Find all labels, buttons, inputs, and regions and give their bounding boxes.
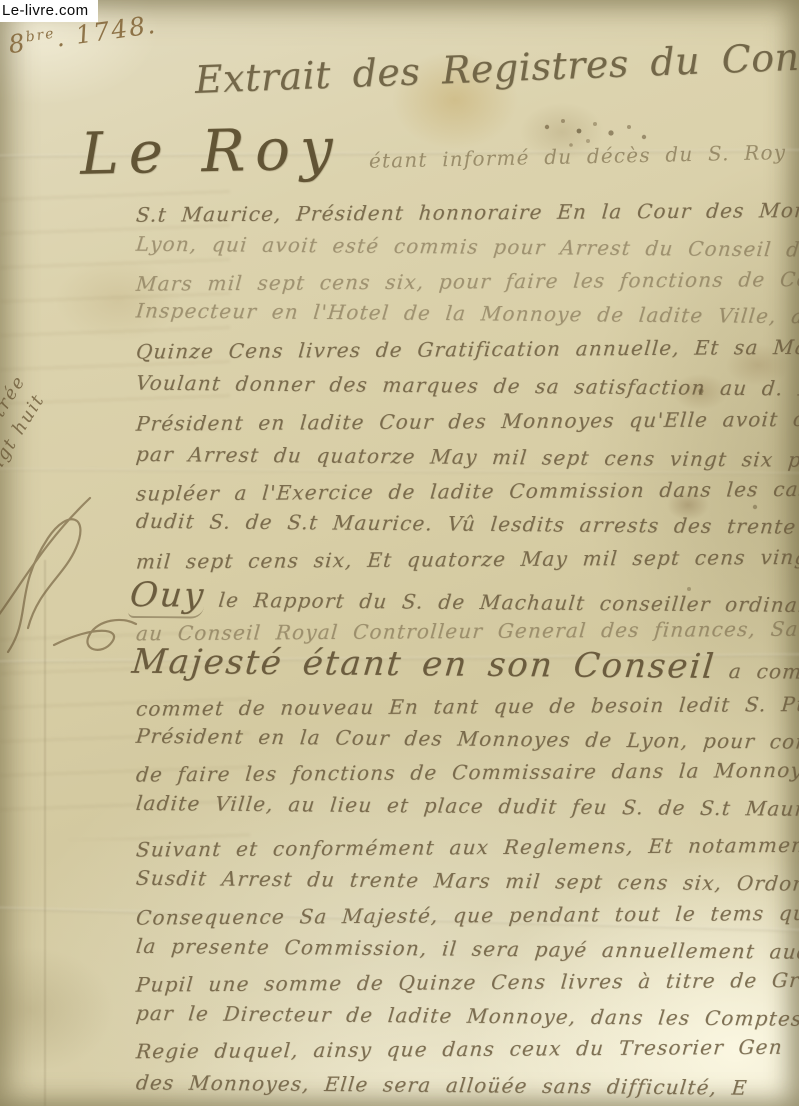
manuscript-line: Suivant et conformément aux Reglemens, E…	[135, 832, 799, 861]
manuscript-line: Inspecteur en l'Hotel de la Monnoye de l…	[135, 298, 799, 329]
manuscript-line: par Arrest du quatorze May mil sept cens…	[135, 442, 799, 472]
manuscript-line-text: Président en ladite Cour des Monnoyes qu…	[135, 406, 799, 435]
manuscript-line-text: Voulant donner des marques de sa satisfa…	[135, 371, 799, 402]
manuscript-line: Mars mil sept cens six, pour faire les f…	[135, 266, 799, 295]
manuscript-line: Regie duquel, ainsy que dans ceux du Tre…	[135, 1035, 784, 1064]
manuscript-line: commet de nouveau En tant que de besoin …	[135, 691, 799, 720]
manuscript-page: Le-livre.com 8bre. 1748. Extrait des Reg…	[0, 0, 799, 1106]
manuscript-line-text: ladite Ville, au lieu et place dudit feu…	[135, 791, 799, 821]
manuscript-line: ladite Ville, au lieu et place dudit feu…	[135, 791, 799, 821]
manuscript-line: Ouyle Rapport du S. de Machault conseill…	[128, 575, 799, 621]
manuscript-line-text: Inspecteur en l'Hotel de la Monnoye de l…	[135, 298, 799, 329]
manuscript-line: S.t Maurice, Président honnoraire En la …	[135, 197, 799, 226]
manuscript-line: Consequence Sa Majesté, que pendant tout…	[135, 900, 799, 929]
manuscript-line-text: par le Directeur de ladite Monnoye, dans…	[135, 1001, 799, 1031]
manuscript-line: Majesté étant en son Conseila commis et	[130, 642, 799, 688]
manuscript-line-text: supléer a l'Exercice de ladite Commissio…	[135, 476, 799, 505]
manuscript-line-text: Pupil une somme de Quinze Cens livres à …	[135, 967, 799, 996]
manuscript-line-text: Susdit Arrest du trente Mars mil sept ce…	[135, 866, 799, 896]
manuscript-line: au Conseil Royal Controlleur General des…	[135, 617, 799, 646]
manuscript-line-text: S.t Maurice, Président honnoraire En la …	[135, 197, 799, 226]
manuscript-line: Lyon, qui avoit esté commis pour Arrest …	[135, 232, 799, 263]
manuscript-line-text: a commis et	[728, 659, 799, 684]
manuscript-line: Président en ladite Cour des Monnoyes qu…	[135, 406, 799, 435]
manuscript-body: S.t Maurice, Président honnoraire En la …	[0, 0, 799, 1106]
manuscript-line-text: Président en la Cour des Monnoyes de Lyo…	[135, 724, 799, 754]
manuscript-line-text: de faire les fonctions de Commissaire da…	[135, 757, 799, 786]
manuscript-line-text: Quinze Cens livres de Gratification annu…	[135, 334, 799, 363]
manuscript-line: par le Directeur de ladite Monnoye, dans…	[135, 1001, 799, 1031]
manuscript-line-text: par Arrest du quatorze May mil sept cens…	[135, 442, 799, 472]
manuscript-line-text: au Conseil Royal Controlleur General des…	[135, 617, 799, 646]
manuscript-line: dudit S. de S.t Maurice. Vû lesdits arre…	[135, 509, 799, 539]
manuscript-line-text: dudit S. de S.t Maurice. Vû lesdits arre…	[135, 509, 799, 539]
manuscript-line: la presente Commission, il sera payé ann…	[135, 934, 799, 964]
manuscript-line: Susdit Arrest du trente Mars mil sept ce…	[135, 866, 799, 896]
manuscript-line-text: commet de nouveau En tant que de besoin …	[135, 691, 799, 720]
manuscript-line-text: mil sept cens six, Et quatorze May mil s…	[135, 544, 799, 573]
manuscript-line-text: Lyon, qui avoit esté commis pour Arrest …	[135, 232, 799, 263]
manuscript-line: mil sept cens six, Et quatorze May mil s…	[135, 544, 799, 573]
manuscript-line: supléer a l'Exercice de ladite Commissio…	[135, 476, 799, 505]
manuscript-line: de faire les fonctions de Commissaire da…	[135, 757, 799, 786]
manuscript-line-text: des Monnoyes, Elle sera alloüée sans dif…	[135, 1070, 749, 1099]
manuscript-line: Quinze Cens livres de Gratification annu…	[135, 334, 799, 363]
manuscript-line-text: la presente Commission, il sera payé ann…	[135, 934, 799, 964]
manuscript-line-lede: Majesté étant en son Conseil	[130, 642, 717, 687]
manuscript-line: des Monnoyes, Elle sera alloüée sans dif…	[135, 1070, 749, 1099]
manuscript-line: Président en la Cour des Monnoyes de Lyo…	[135, 724, 799, 754]
manuscript-line-text: Consequence Sa Majesté, que pendant tout…	[135, 900, 799, 929]
manuscript-line: Voulant donner des marques de sa satisfa…	[135, 371, 799, 402]
manuscript-line: Pupil une somme de Quinze Cens livres à …	[135, 967, 799, 996]
manuscript-line-text: Mars mil sept cens six, pour faire les f…	[135, 266, 799, 295]
manuscript-line-text: le Rapport du S. de Machault conseiller …	[217, 588, 799, 617]
manuscript-line-text: Suivant et conformément aux Reglemens, E…	[135, 832, 799, 861]
manuscript-line-lede: Ouy	[128, 575, 207, 619]
manuscript-line-text: Regie duquel, ainsy que dans ceux du Tre…	[135, 1035, 784, 1064]
